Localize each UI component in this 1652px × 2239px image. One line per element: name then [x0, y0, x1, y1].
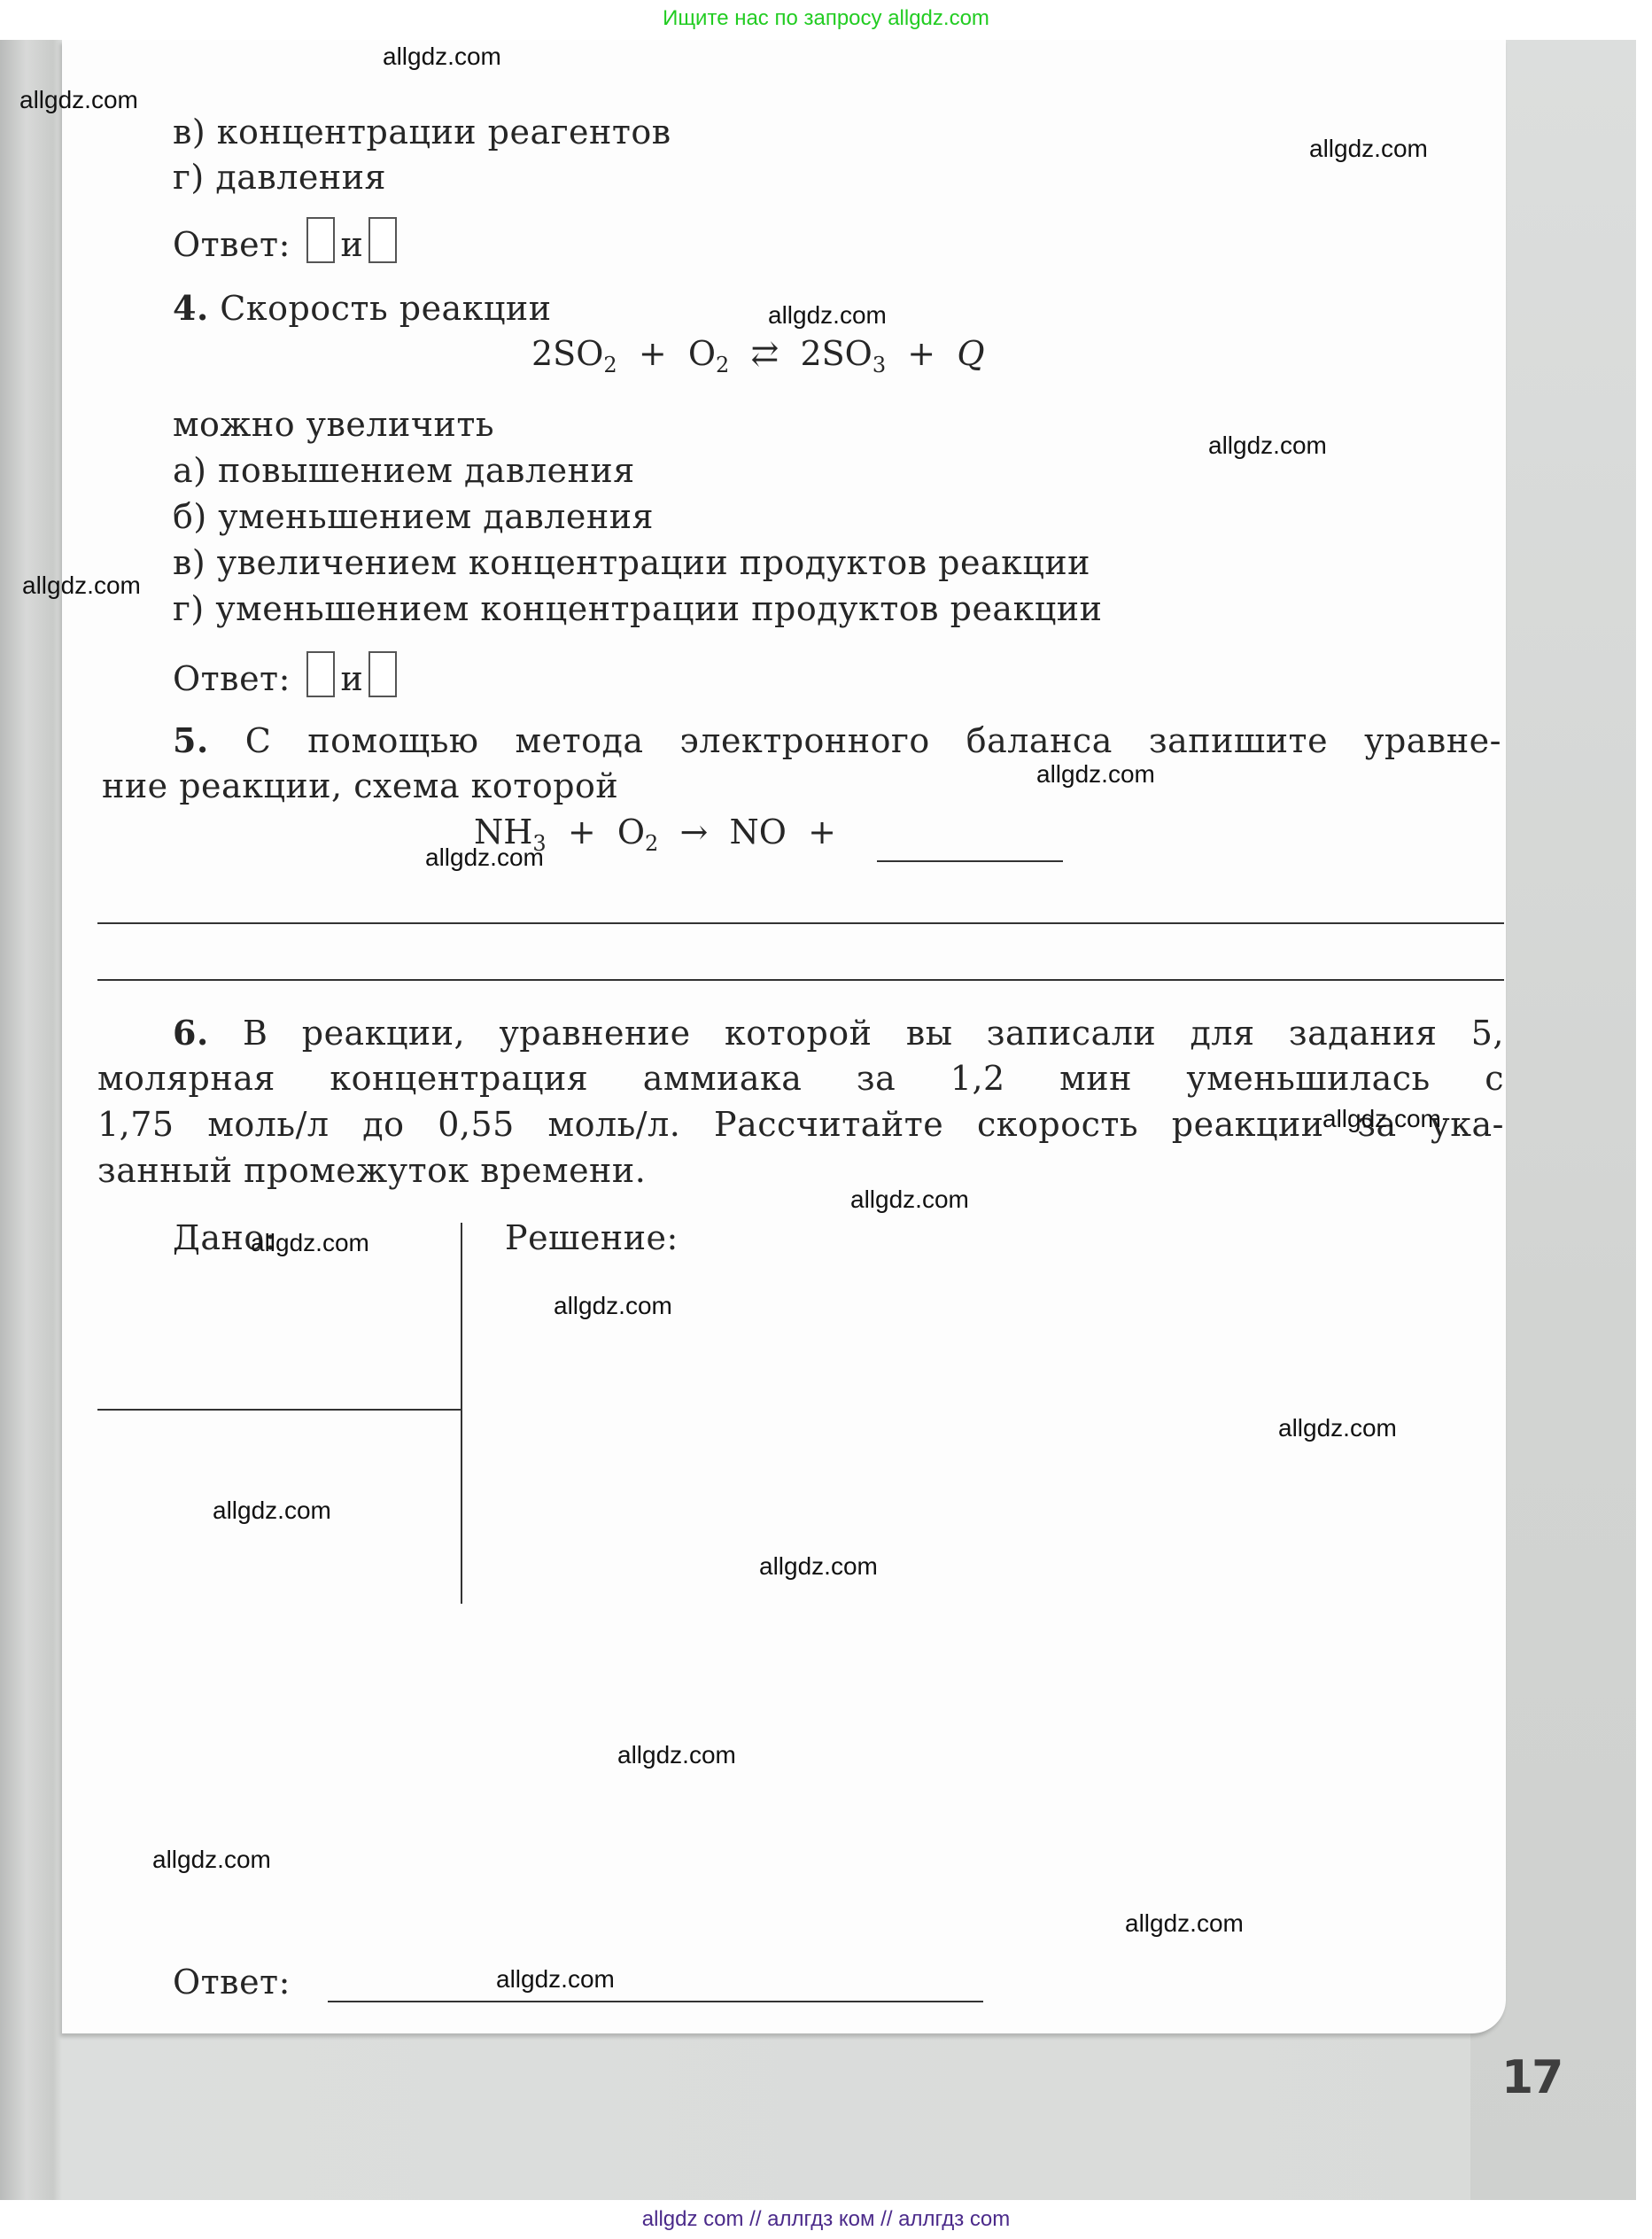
answer-joiner: и [340, 659, 363, 698]
task3-option-g: г) давления [173, 158, 386, 197]
watermark: allgdz.com [496, 1965, 615, 1994]
answer-label: Ответ: [173, 225, 291, 264]
task4-prompt: 4. Скорость реакции [173, 288, 552, 328]
task4-answer: Ответ: и [173, 651, 402, 698]
eq-term: 2SO [800, 334, 872, 373]
task-number: 5. [173, 720, 209, 760]
watermark: allgdz.com [1036, 760, 1155, 789]
given-area[interactable] [142, 1245, 452, 1404]
top-banner-text[interactable]: Ищите нас по запросу allgdz.com [663, 6, 989, 30]
eq-sub: 3 [873, 353, 886, 377]
workbook-page: в) концентрации реагентов г) давления От… [62, 40, 1506, 2033]
task4-option-g: г) уменьшением концентрации продуктов ре… [173, 589, 1102, 628]
eq-sub: 2 [716, 353, 729, 377]
answer-box-1[interactable] [306, 651, 335, 697]
watermark: allgdz.com [1309, 135, 1428, 163]
task4-text2: можно увеличить [173, 405, 494, 444]
answer-line-2[interactable] [97, 979, 1504, 981]
task4-equation: 2SO2 + O2 ⇄ 2SO3 + Q [531, 334, 984, 377]
eq-sub: 2 [603, 353, 617, 377]
task5-text-line1: С помощью метода электронного баланса за… [245, 721, 1501, 760]
watermark: allgdz.com [425, 844, 544, 872]
watermark: allgdz.com [19, 86, 138, 114]
eq-term: 2SO [531, 334, 603, 373]
task6-line2: молярная концентрация аммиака за 1,2 мин… [97, 1059, 1504, 1098]
product-blank-line[interactable] [877, 860, 1063, 862]
eq-plus: + [568, 812, 596, 851]
reaction-arrow-icon: → [679, 812, 708, 851]
answer-label: Ответ: [173, 659, 291, 698]
answer-box-1[interactable] [306, 217, 335, 263]
watermark: allgdz.com [152, 1846, 271, 1874]
task5-line1: 5. С помощью метода электронного баланса… [173, 720, 1501, 760]
watermark: allgdz.com [1278, 1414, 1397, 1442]
solution-area[interactable] [469, 1263, 1488, 1954]
task5-line2: ние реакции, схема которой [102, 766, 618, 805]
task-number: 6. [173, 1013, 209, 1053]
watermark: allgdz.com [850, 1186, 969, 1214]
answer-box-2[interactable] [368, 651, 397, 697]
eq-term: Q [957, 334, 984, 373]
answer-box-2[interactable] [368, 217, 397, 263]
watermark: allgdz.com [213, 1497, 331, 1525]
bottom-banner-text[interactable]: allgdz com // аллгдз ком // аллгдз com [642, 2207, 1010, 2231]
given-solution-divider [461, 1223, 462, 1604]
top-banner[interactable]: Ищите нас по запросу allgdz.com [0, 0, 1652, 40]
solution-label: Решение: [505, 1218, 679, 1257]
watermark: allgdz.com [768, 301, 887, 330]
task6-line3: 1,75 моль/л до 0,55 моль/л. Рассчитайте … [97, 1105, 1504, 1144]
eq-sub: 2 [645, 831, 658, 856]
task6-line4: занный промежуток времени. [97, 1151, 646, 1190]
watermark: allgdz.com [554, 1292, 672, 1320]
eq-plus: + [808, 812, 836, 851]
page-number: 17 [1501, 2051, 1562, 2104]
watermark: allgdz.com [22, 571, 141, 600]
bottom-banner[interactable]: allgdz com // аллгдз ком // аллгдз com [0, 2202, 1652, 2239]
watermark: allgdz.com [759, 1552, 878, 1581]
task6-answer-line[interactable] [328, 2001, 983, 2002]
task6-line1: 6. В реакции, уравнение которой вы запис… [173, 1013, 1504, 1053]
watermark: allgdz.com [383, 43, 501, 71]
watermark: allgdz.com [1208, 431, 1327, 460]
watermark: allgdz.com [1322, 1105, 1441, 1133]
task3-answer: Ответ: и [173, 217, 402, 264]
task4-option-v: в) увеличением концентрации продуктов ре… [173, 543, 1090, 582]
eq-term: O [617, 812, 645, 851]
given-underline [97, 1409, 462, 1411]
task6-text-line1: В реакции, уравнение которой вы записали… [243, 1014, 1504, 1053]
eq-term: NO [729, 812, 786, 851]
eq-plus: + [907, 334, 935, 373]
task4-option-b: б) уменьшением давления [173, 497, 654, 536]
equilibrium-arrow-icon: ⇄ [750, 334, 779, 373]
watermark: allgdz.com [1125, 1909, 1244, 1938]
task-number: 4. [173, 288, 209, 328]
task4-option-a: а) повышением давления [173, 451, 635, 490]
eq-plus: + [639, 334, 667, 373]
task4-text: Скорость реакции [220, 289, 551, 328]
task3-option-v: в) концентрации реагентов [173, 113, 671, 152]
watermark: allgdz.com [251, 1229, 369, 1257]
task6-answer-label: Ответ: [173, 1963, 291, 2002]
answer-joiner: и [340, 225, 363, 264]
answer-line-1[interactable] [97, 922, 1504, 924]
eq-term: O [688, 334, 716, 373]
watermark: allgdz.com [617, 1741, 736, 1769]
